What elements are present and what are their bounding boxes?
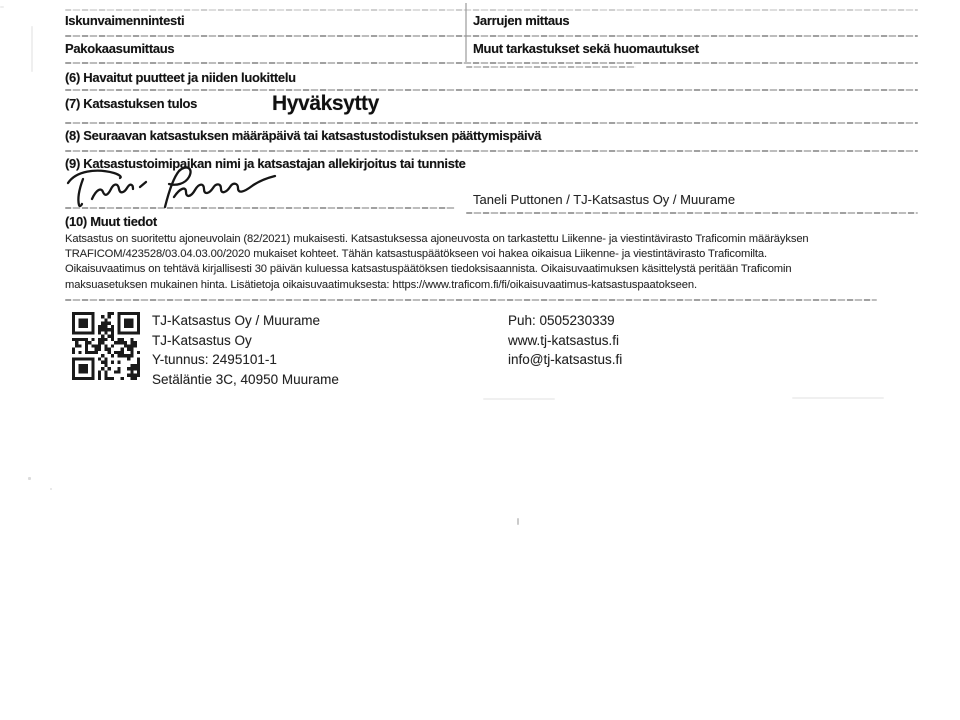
other-info-line: maksuasetuksen mukainen hinta. Lisätieto… xyxy=(65,278,809,293)
contact-info-block: Puh: 0505230339 www.tj-katsastus.fi info… xyxy=(508,311,622,370)
scan-artifact xyxy=(517,518,519,525)
inspection-result-value: Hyväksytty xyxy=(272,92,379,116)
company-name-branch: TJ-Katsastus Oy / Muurame xyxy=(152,311,339,331)
other-info-line: Oikaisuvaatimus on tehtävä kirjallisesti… xyxy=(65,262,809,277)
column-divider-line xyxy=(465,3,467,62)
company-name: TJ-Katsastus Oy xyxy=(152,331,339,351)
divider-line-sec7 xyxy=(65,122,918,124)
test-label-shock-absorber: Iskunvaimennintesti xyxy=(65,13,184,28)
test-label-brake-measurement: Jarrujen mittaus xyxy=(473,13,569,28)
company-info-block: TJ-Katsastus Oy / Muurame TJ-Katsastus O… xyxy=(152,311,339,389)
scan-artifact xyxy=(50,488,52,490)
company-address: Setäläntie 3C, 40950 Muurame xyxy=(152,370,339,390)
business-id: Y-tunnus: 2495101-1 xyxy=(152,350,339,370)
inspector-name-text: Taneli Puttonen / TJ-Katsastus Oy / Muur… xyxy=(473,192,735,207)
other-info-line: Katsastus on suoritettu ajoneuvolain (82… xyxy=(65,232,809,247)
inspector-signature xyxy=(62,165,317,215)
section-6-defects-label: (6) Havaitut puutteet ja niiden luokitte… xyxy=(65,70,296,85)
divider-line-row1 xyxy=(65,35,918,37)
other-info-paragraph: Katsastus on suoritettu ajoneuvolain (82… xyxy=(65,232,809,293)
scan-artifact xyxy=(0,6,4,8)
test-label-other-checks: Muut tarkastukset sekä huomautukset xyxy=(473,41,699,56)
test-label-exhaust-measurement: Pakokaasumittaus xyxy=(65,41,174,56)
section-7-result-label: (7) Katsastuksen tulos xyxy=(65,96,197,111)
phone-number: Puh: 0505230339 xyxy=(508,311,622,331)
scan-artifact xyxy=(792,397,884,399)
divider-line-row2-extra xyxy=(466,66,636,68)
divider-line-row2 xyxy=(65,62,918,64)
scan-artifact xyxy=(28,477,31,480)
divider-line-sec9 xyxy=(466,212,918,214)
section-8-next-inspection-label: (8) Seuraavan katsastuksen määräpäivä ta… xyxy=(65,128,541,143)
other-info-line: TRAFICOM/423528/03.04.03.00/2020 mukaise… xyxy=(65,247,809,262)
scan-artifact xyxy=(31,26,33,72)
divider-line-sec6 xyxy=(65,89,918,91)
divider-line-top xyxy=(65,9,918,11)
email-address: info@tj-katsastus.fi xyxy=(508,350,622,370)
divider-line-sec10 xyxy=(65,299,877,301)
inspection-certificate-page: Iskunvaimennintesti Jarrujen mittaus Pak… xyxy=(0,0,960,720)
qr-code xyxy=(72,312,140,380)
section-10-other-info-label: (10) Muut tiedot xyxy=(65,214,157,229)
scan-artifact xyxy=(483,398,555,400)
website-url: www.tj-katsastus.fi xyxy=(508,331,622,351)
divider-line-sec8 xyxy=(65,150,918,152)
